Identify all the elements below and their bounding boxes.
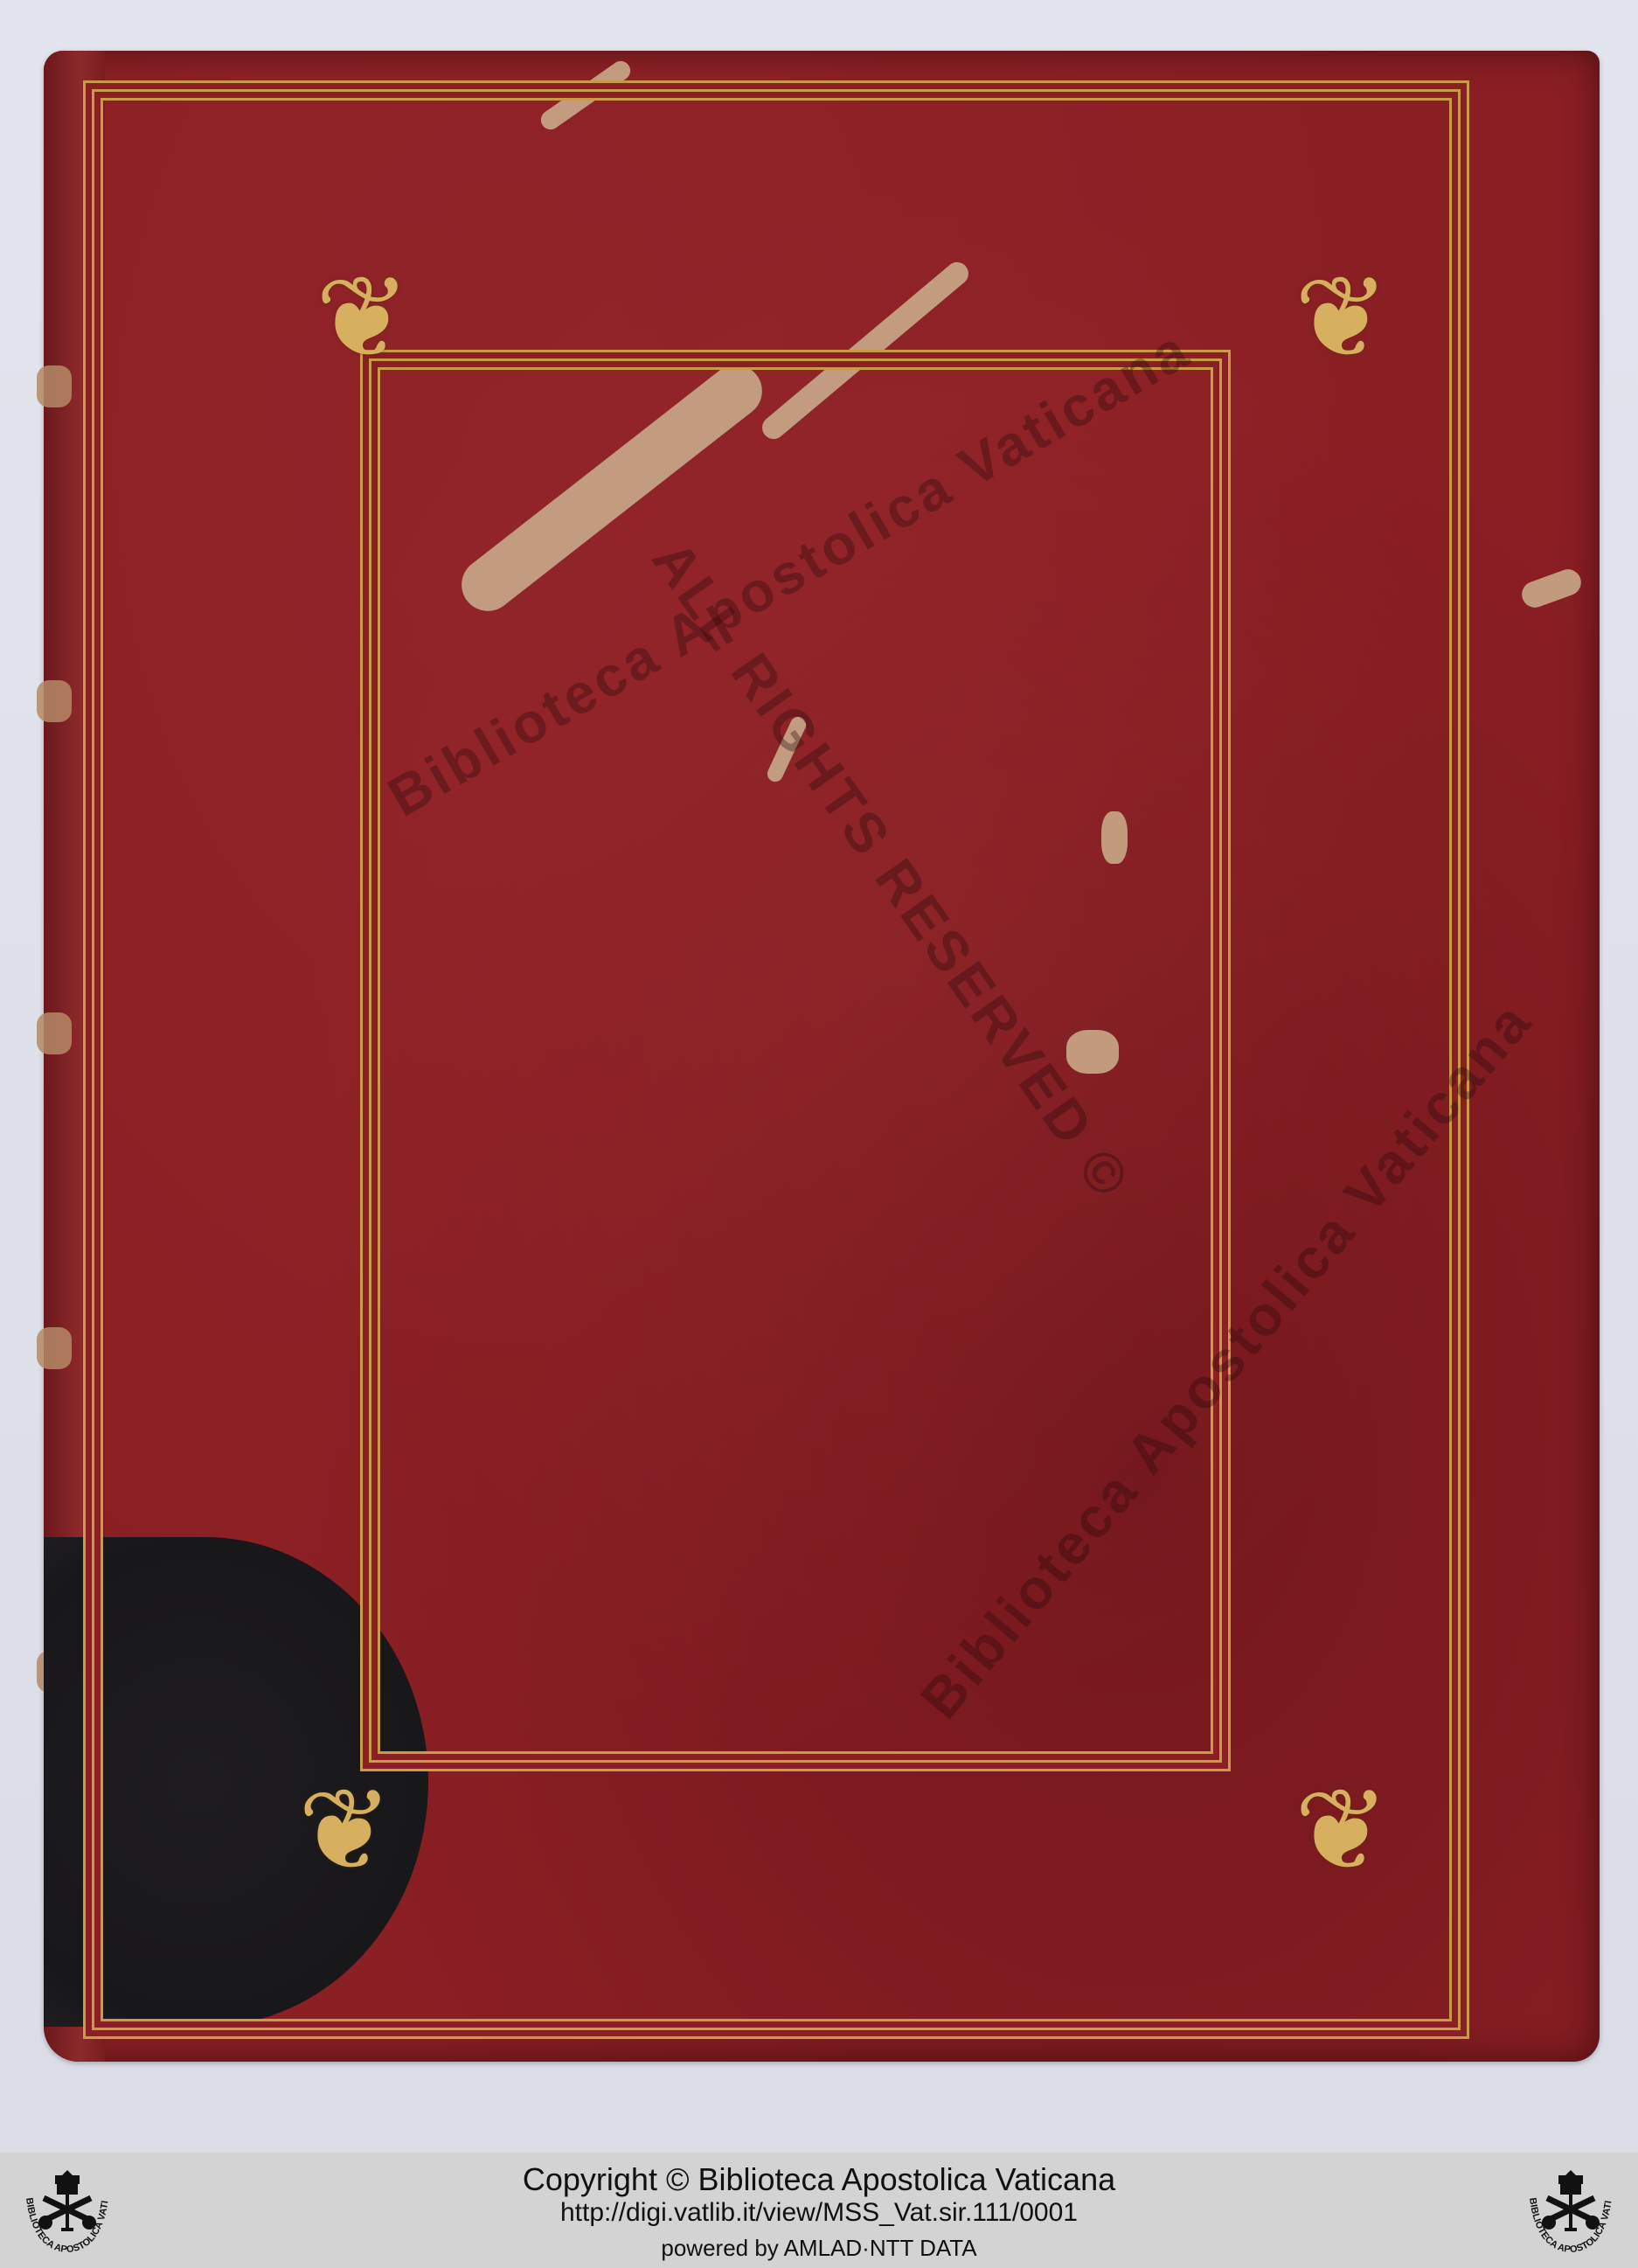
vatican-library-logo-right: BIBLIOTECA APOSTOLICA VATICANA — [1523, 2163, 1619, 2259]
spine-band — [37, 1012, 72, 1054]
floral-corner-ornament-bottom-right: ❦ — [1276, 1764, 1407, 1896]
scan-area: ❦ ❦ ❦ ❦ Biblioteca Apostolica Vaticana A… — [0, 0, 1638, 2153]
spine-band — [37, 680, 72, 722]
papal-keys-tiara-icon: BIBLIOTECA APOSTOLICA VATICANA — [1523, 2163, 1619, 2259]
floral-corner-ornament-top-right: ❦ — [1276, 252, 1407, 383]
copyright-footer: BIBLIOTECA APOSTOLICA VATICANA Copyright… — [0, 2153, 1638, 2268]
powered-by-credit: powered by AMLAD·NTT DATA — [0, 2235, 1638, 2262]
copyright-notice: Copyright © Biblioteca Apostolica Vatica… — [0, 2161, 1638, 2198]
document-url[interactable]: http://digi.vatlib.it/view/MSS_Vat.sir.1… — [0, 2198, 1638, 2228]
leather-wear — [1518, 566, 1585, 611]
spine-band — [37, 365, 72, 407]
floral-corner-ornament-bottom-left: ❦ — [280, 1764, 411, 1896]
floral-corner-ornament-top-left: ❦ — [297, 252, 428, 383]
book-cover: ❦ ❦ ❦ ❦ Biblioteca Apostolica Vaticana A… — [44, 51, 1600, 2062]
spine-band — [37, 1327, 72, 1369]
